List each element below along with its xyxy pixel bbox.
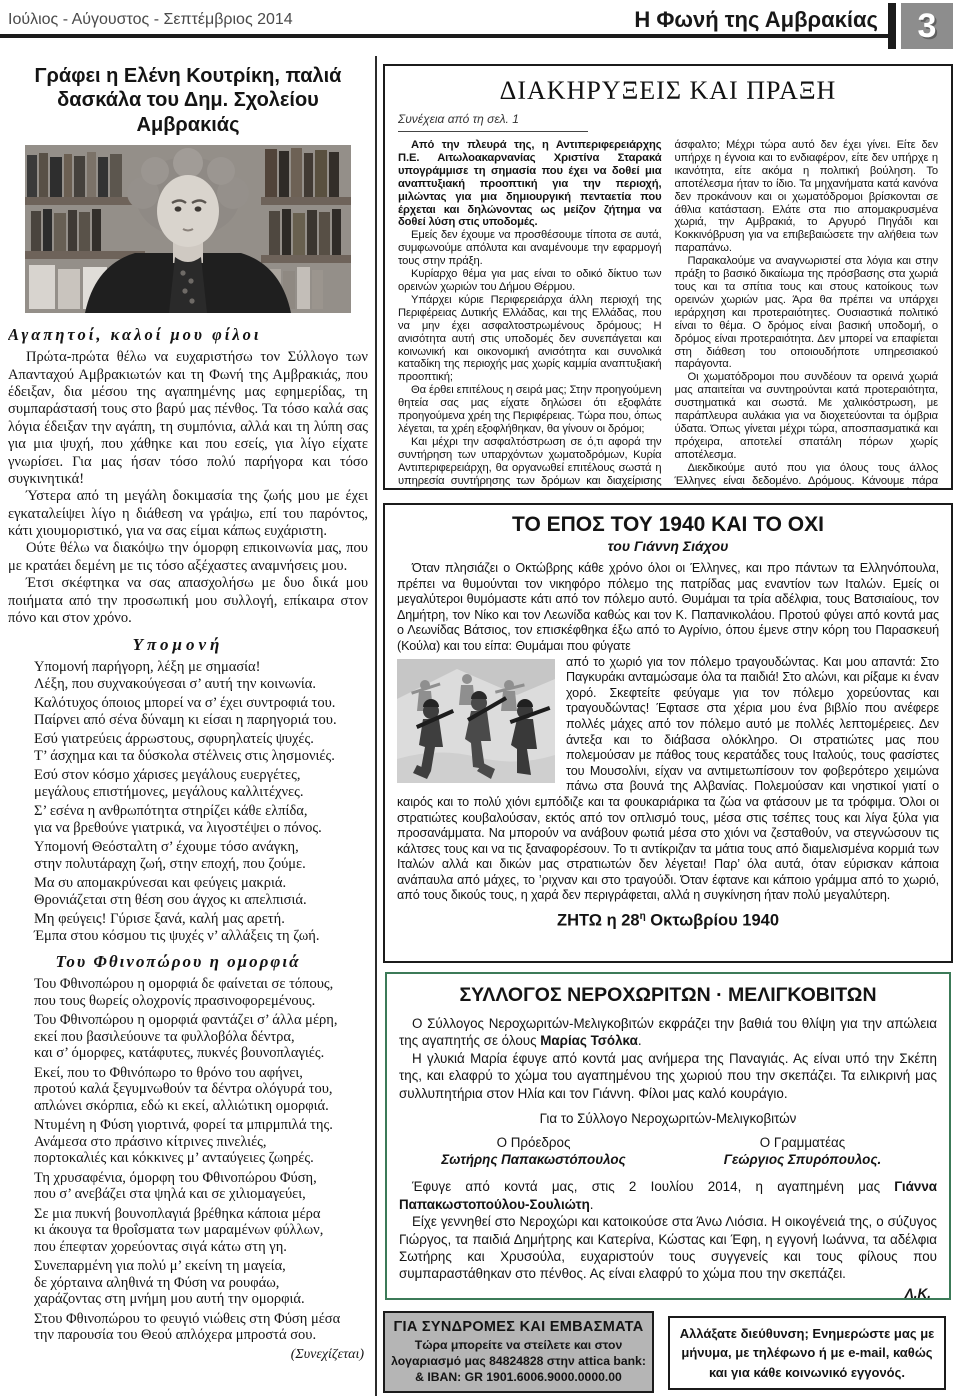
declarations-paragraph: άσφαλτο; Μέχρι τώρα αυτό δεν έχει γίνει.… bbox=[675, 139, 939, 255]
poem-line: Σε μια πυκνή βουνοπλαγιά βρέθηκα κάποια … bbox=[34, 1206, 368, 1223]
declarations-paragraph: Οι χωματόδρομοι που συνδέουν τα ορεινά χ… bbox=[675, 371, 939, 461]
poem-stanza: Εκεί, που το Φθινόπωρο το θρόνο του αφήν… bbox=[34, 1065, 368, 1115]
poem-line: Παίρνει από σένα δύναμη κι είσαι η παρηγ… bbox=[34, 712, 368, 729]
declarations-paragraph: Υπάρχει κύριε Περιφερειάρχα άλλη περιοχή… bbox=[398, 294, 662, 384]
intro-paragraph: Ούτε θέλω να διακόψω την όμορφη επικοινω… bbox=[8, 540, 368, 575]
poem-stanza: Του Φθινοπώρου η ομορφιά φαντάζει σ’ άλλ… bbox=[34, 1012, 368, 1062]
subscriptions-body: Τώρα μπορείτε να στείλετε και στον λογαρ… bbox=[391, 1338, 646, 1386]
continued-from-note: Συνέχεια από τη σελ. 1 bbox=[398, 112, 588, 132]
poem-line: Τη χρυσαφένια, όμορφη του Φθινοπώρου Φύσ… bbox=[34, 1170, 368, 1187]
portrait-photo-image bbox=[25, 145, 351, 313]
poem-line: Εκεί, που το Φθινόπωρο το θρόνο του αφήν… bbox=[34, 1065, 368, 1082]
poem-line: Εσύ στον κόσμο χάρισες μεγάλους ευεργέτε… bbox=[34, 767, 368, 784]
declarations-paragraph: Θα έρθει επιτέλους η σειρά μας; Στην προ… bbox=[398, 384, 662, 436]
president-role: Ο Πρόεδρος bbox=[399, 1134, 668, 1151]
poem-stanza: Υπομονή παρήγορη, λέξη με σημασία!Λέξη, … bbox=[34, 659, 368, 692]
secretary-name: Γεώργιος Σπυρόπουλος. bbox=[668, 1151, 937, 1168]
masthead-title: Η Φωνή της Αμβρακίας bbox=[634, 7, 878, 33]
closing-suffix: Οκτωβρίου 1940 bbox=[646, 912, 779, 930]
epos-wrap-block: από το χωριό για τον πόλεμο τραγουδώντας… bbox=[397, 655, 939, 905]
article-byline-heading: Γράφει η Ελένη Κουτρίκη, παλιά δασκάλα τ… bbox=[22, 64, 354, 137]
declarations-article-box: ΔΙΑΚΗΡΥΞΕΙΣ ΚΑΙ ΠΡΑΞΗ Συνέχεια από τη σε… bbox=[383, 64, 953, 490]
address-change-body: Αλλάξατε διεύθυνση; Ενημερώστε μας με μή… bbox=[678, 1324, 936, 1383]
poem-line: για να βρεθούνε γιατρικά, να λιγοστέψει … bbox=[34, 820, 368, 837]
continuation-note: (Συνεχίζεται) bbox=[8, 1347, 368, 1363]
poem-stanza: Σε μια πυκνή βουνοπλαγιά βρέθηκα κάποια … bbox=[34, 1206, 368, 1256]
poem-stanza: Σ’ εσένα η ανθρωπότητα στηρίζει κάθε ελπ… bbox=[34, 803, 368, 836]
poem-line: Μα συ απομακρύνεσαι και φεύγεις μακριά. bbox=[34, 875, 368, 892]
association-announcement-box: ΣΥΛΛΟΓΟΣ ΝΕΡΟΧΩΡΙΤΩΝ · ΜΕΛΙΓΚΟΒΙΤΩΝ Ο Σύ… bbox=[385, 972, 951, 1300]
poem-stanza: Υπομονή Θεόσταλτη σ’ έχουμε τόσο ανάγκη,… bbox=[34, 839, 368, 872]
poem-stanza: Στου Φθινοπώρου το φευγιό νιώθεις στη Φύ… bbox=[34, 1311, 368, 1344]
poem-stanza: Εσύ γιατρεύεις άρρωστους, σφυρηλατείς ψυ… bbox=[34, 731, 368, 764]
poem-line: πορτοκαλιές και κόκκινες μ’ ανταύγειες ζ… bbox=[34, 1150, 368, 1167]
header-rule bbox=[0, 34, 892, 38]
poem-line: Θρονιάζεται στη θέση σου άγχος κι απελπι… bbox=[34, 892, 368, 909]
intro-paragraph: Ύστερα από τη μεγάλη δοκιμασία της ζωής … bbox=[8, 488, 368, 540]
obituary1-paragraph-2: Η γλυκιά Μαρία έφυγε από κοντά μας ανήμε… bbox=[399, 1050, 937, 1102]
poem-line: εκεί που βασιλεύουνε τα φυλλοβόλα δέντρα… bbox=[34, 1029, 368, 1046]
intro-paragraph: Έτσι σκέφτηκα να σας απασχολήσω με δυο δ… bbox=[8, 575, 368, 627]
closing-prefix: ΖΗΤΩ η 28 bbox=[557, 912, 640, 930]
issue-date: Ιούλιος - Αύγουστος - Σεπτέμβριος 2014 bbox=[8, 11, 293, 29]
poem-line: δε χόρταινα αληθινά τη Φύση να ρουφάω, bbox=[34, 1275, 368, 1292]
poem-stanza: Μα συ απομακρύνεσαι και φεύγεις μακριά.Θ… bbox=[34, 875, 368, 908]
subscriptions-title: ΓΙΑ ΣΥΝΔΡΟΜΕΣ ΚΑΙ ΕΜΒΑΣΜΑΤΑ bbox=[391, 1319, 646, 1335]
poem-line: απλώνει σκόρπια, εδώ κι εκεί, αλλιώτικη … bbox=[34, 1098, 368, 1115]
poem-line: προτού καλά ξεγυμνωθούν τα δέντρα ολόγυρ… bbox=[34, 1081, 368, 1098]
poem-line: Του Φθινοπώρου η ομορφιά φαντάζει σ’ άλλ… bbox=[34, 1012, 368, 1029]
poem-line: Έμπα στου κόσμου τις ψυχές ν’ αλλάξεις τ… bbox=[34, 928, 368, 945]
epos-closing-slogan: ΖΗΤΩ η 28η Οκτωβρίου 1940 bbox=[397, 911, 939, 931]
poem-line: μεγάλους επιστήμονες, μεγάλους καλλιτέχν… bbox=[34, 784, 368, 801]
declarations-paragraph: Και μέχρι την ασφαλτόστρωση σε ό,τι αφορ… bbox=[398, 436, 662, 490]
declarations-paragraph: Εμείς δεν έχουμε να προσθέσουμε τίποτα σ… bbox=[398, 229, 662, 268]
poem-line: Συνεπαρμένη για πολύ μ’ εκείνη τη μαγεία… bbox=[34, 1258, 368, 1275]
poem-stanza: Ντυμένη η Φύση γιορτινά, φορεί τα μπιρμπ… bbox=[34, 1117, 368, 1167]
obituary1-paragraph: Ο Σύλλογος Νεροχωριτών-Μελιγκοβιτών εκφρ… bbox=[399, 1015, 937, 1050]
poem-line: Ντυμένη η Φύση γιορτινά, φορεί τα μπιρμπ… bbox=[34, 1117, 368, 1134]
intro-paragraphs: Πρώτα-πρώτα θέλω να ευχαριστήσω τον Σύλλ… bbox=[8, 349, 368, 627]
poem-stanza: Του Φθινοπώρου η ομορφιά δε φαίνεται σε … bbox=[34, 976, 368, 1009]
president-block: Ο Πρόεδρος Σωτήρης Παπακωστόπουλος bbox=[399, 1134, 668, 1168]
poem-stanza: Τη χρυσαφένια, όμορφη του Φθινοπώρου Φύσ… bbox=[34, 1170, 368, 1203]
obituary2-paragraph-2: Είχε γεννηθεί στο Νεροχώρι και κατοικούσ… bbox=[399, 1213, 937, 1283]
poem1-title: Υπομονή bbox=[8, 635, 368, 655]
obituary2-text: Έφυγε από κοντά μας, στις 2 Ιουλίου 2014… bbox=[412, 1179, 894, 1194]
obituary2-text-end: . bbox=[590, 1197, 594, 1212]
epos-1940-byline: του Γιάννη Σιάχου bbox=[397, 538, 939, 554]
poem-stanza: Μη φεύγεις! Γύρισε ξανά, καλή μας αρετή.… bbox=[34, 911, 368, 944]
declarations-col1-paragraphs: Εμείς δεν έχουμε να προσθέσουμε τίποτα σ… bbox=[398, 229, 662, 490]
poem-stanza: Καλότυχος όποιος μπορεί να σ’ έχει συντρ… bbox=[34, 695, 368, 728]
declarations-columns: Από την πλευρά της, η Αντιπεριφερειάρχης… bbox=[398, 139, 938, 490]
declarations-column-1: Από την πλευρά της, η Αντιπεριφερειάρχης… bbox=[398, 139, 662, 490]
soldiers-illustration bbox=[397, 659, 555, 783]
poem-line: Τ’ άσχημα και τα δύσκολα στέλνεις στις λ… bbox=[34, 748, 368, 765]
poem-line: Λέξη, που συχνακούγεσαι σ’ αυτή την κοιν… bbox=[34, 676, 368, 693]
poem-line: Υπομονή Θεόσταλτη σ’ έχουμε τόσο ανάγκη, bbox=[34, 839, 368, 856]
declarations-paragraph: Παρακαλούμε να αναγνωριστεί στα λόγια κα… bbox=[675, 255, 939, 371]
association-signatories: Ο Πρόεδρος Σωτήρης Παπακωστόπουλος Ο Γρα… bbox=[399, 1134, 937, 1168]
poem-line: Στου Φθινοπώρου το φευγιό νιώθεις στη Φύ… bbox=[34, 1311, 368, 1328]
epos-paragraph-top: Όταν πλησιάζει ο Οκτώβρης κάθε χρόνο όλο… bbox=[397, 561, 939, 655]
page-number-bar bbox=[888, 3, 896, 49]
poem-line: Μη φεύγεις! Γύρισε ξανά, καλή μας αρετή. bbox=[34, 911, 368, 928]
declarations-column-2: άσφαλτο; Μέχρι τώρα αυτό δεν έχει γίνει.… bbox=[675, 139, 939, 490]
poem-line: Του Φθινοπώρου η ομορφιά δε φαίνεται σε … bbox=[34, 976, 368, 993]
secretary-block: Ο Γραμματέας Γεώργιος Σπυρόπουλος. bbox=[668, 1134, 937, 1168]
declarations-paragraph: Διεκδικούμε αυτό που για όλους τους άλλο… bbox=[675, 462, 939, 490]
portrait-photo bbox=[8, 145, 368, 318]
column-divider bbox=[375, 56, 377, 1396]
poem2-title: Του Φθινοπώρου η ομορφιά bbox=[8, 952, 368, 972]
intro-paragraph: Πρώτα-πρώτα θέλω να ευχαριστήσω τον Σύλλ… bbox=[8, 349, 368, 488]
epos-1940-title: ΤΟ ΕΠΟΣ ΤΟΥ 1940 ΚΑΙ ΤΟ ΟΧΙ bbox=[397, 513, 939, 537]
obituary1-text: Ο Σύλλογος Νεροχωριτών-Μελιγκοβιτών εκφρ… bbox=[399, 1016, 937, 1048]
secretary-role: Ο Γραμματέας bbox=[668, 1134, 937, 1151]
poem-line: Υπομονή παρήγορη, λέξη με σημασία! bbox=[34, 659, 368, 676]
newspaper-page: Ιούλιος - Αύγουστος - Σεπτέμβριος 2014 Η… bbox=[0, 0, 960, 1396]
poem-line: Καλότυχος όποιος μπορεί να σ’ έχει συντρ… bbox=[34, 695, 368, 712]
poem-line: την παρουσία του Θεού απλόχερα μπροστά σ… bbox=[34, 1327, 368, 1344]
poem-stanza: Συνεπαρμένη για πολύ μ’ εκείνη τη μαγεία… bbox=[34, 1258, 368, 1308]
declarations-title: ΔΙΑΚΗΡΥΞΕΙΣ ΚΑΙ ΠΡΑΞΗ bbox=[398, 76, 938, 106]
declarations-paragraph: Κυρίαρχο θέμα για μας είναι το οδικό δίκ… bbox=[398, 268, 662, 294]
obituary1-text-end: . bbox=[638, 1033, 642, 1048]
poem-line: Ανάμεσα στο πράσινο κίτρινες πινελιές, bbox=[34, 1134, 368, 1151]
salutation-heading: Αγαπητοί, καλοί μου φίλοι bbox=[8, 325, 368, 345]
association-for-line: Για το Σύλλογο Νεροχωριτών-Μελιγκοβιτών bbox=[399, 1110, 937, 1127]
poem-stanza: Εσύ στον κόσμο χάρισες μεγάλους ευεργέτε… bbox=[34, 767, 368, 800]
poem-line: και σ’ όμορφες, κατάφυτες, πυκνές βουνοπ… bbox=[34, 1045, 368, 1062]
association-title: ΣΥΛΛΟΓΟΣ ΝΕΡΟΧΩΡΙΤΩΝ · ΜΕΛΙΓΚΟΒΙΤΩΝ bbox=[399, 984, 937, 1007]
poem-line: Εσύ γιατρεύεις άρρωστους, σφυρηλατείς ψυ… bbox=[34, 731, 368, 748]
poem2-body: Του Φθινοπώρου η ομορφιά δε φαίνεται σε … bbox=[8, 976, 368, 1344]
poem1-body: Υπομονή παρήγορη, λέξη με σημασία!Λέξη, … bbox=[8, 659, 368, 944]
page-number: 3 bbox=[901, 3, 953, 49]
poem-line: που σ’ ανεβάζει στα ψηλά και σε χιλιομαγ… bbox=[34, 1186, 368, 1203]
epos-1940-article-box: ΤΟ ΕΠΟΣ ΤΟΥ 1940 ΚΑΙ ΤΟ ΟΧΙ του Γιάννη Σ… bbox=[383, 503, 953, 963]
subscriptions-box: ΓΙΑ ΣΥΝΔΡΟΜΕΣ ΚΑΙ ΕΜΒΑΣΜΑΤΑ Τώρα μπορείτ… bbox=[383, 1311, 654, 1393]
poem-line: στην πολυτάραχη ζωή, στην εποχή, που ζού… bbox=[34, 856, 368, 873]
association-signature: Λ.Κ. bbox=[399, 1286, 937, 1300]
obituary2-paragraph: Έφυγε από κοντά μας, στις 2 Ιουλίου 2014… bbox=[399, 1178, 937, 1213]
declarations-lead-paragraph: Από την πλευρά της, η Αντιπεριφερειάρχης… bbox=[398, 139, 662, 229]
poem-line: Σ’ εσένα η ανθρωπότητα στηρίζει κάθε ελπ… bbox=[34, 803, 368, 820]
poem-line: κι άκουγα τα θροΐσματα των μαραμένων φύλ… bbox=[34, 1222, 368, 1239]
address-change-box: Αλλάξατε διεύθυνση; Ενημερώστε μας με μή… bbox=[668, 1316, 946, 1390]
poem-line: που τους θωρείς ολοχρονίς πρασινοφορεμέν… bbox=[34, 993, 368, 1010]
left-article-column: Γράφει η Ελένη Κουτρίκη, παλιά δασκάλα τ… bbox=[8, 62, 368, 1394]
poem-line: που έπεφταν χορεύοντας σιγά κάτω στη γη. bbox=[34, 1239, 368, 1256]
president-name: Σωτήρης Παπακωστόπουλος bbox=[399, 1151, 668, 1168]
poem-line: χαράζοντας στη μνήμη μου αυτή την ομορφι… bbox=[34, 1291, 368, 1308]
obituary1-name: Μαρίας Τσόλκα bbox=[540, 1033, 638, 1048]
